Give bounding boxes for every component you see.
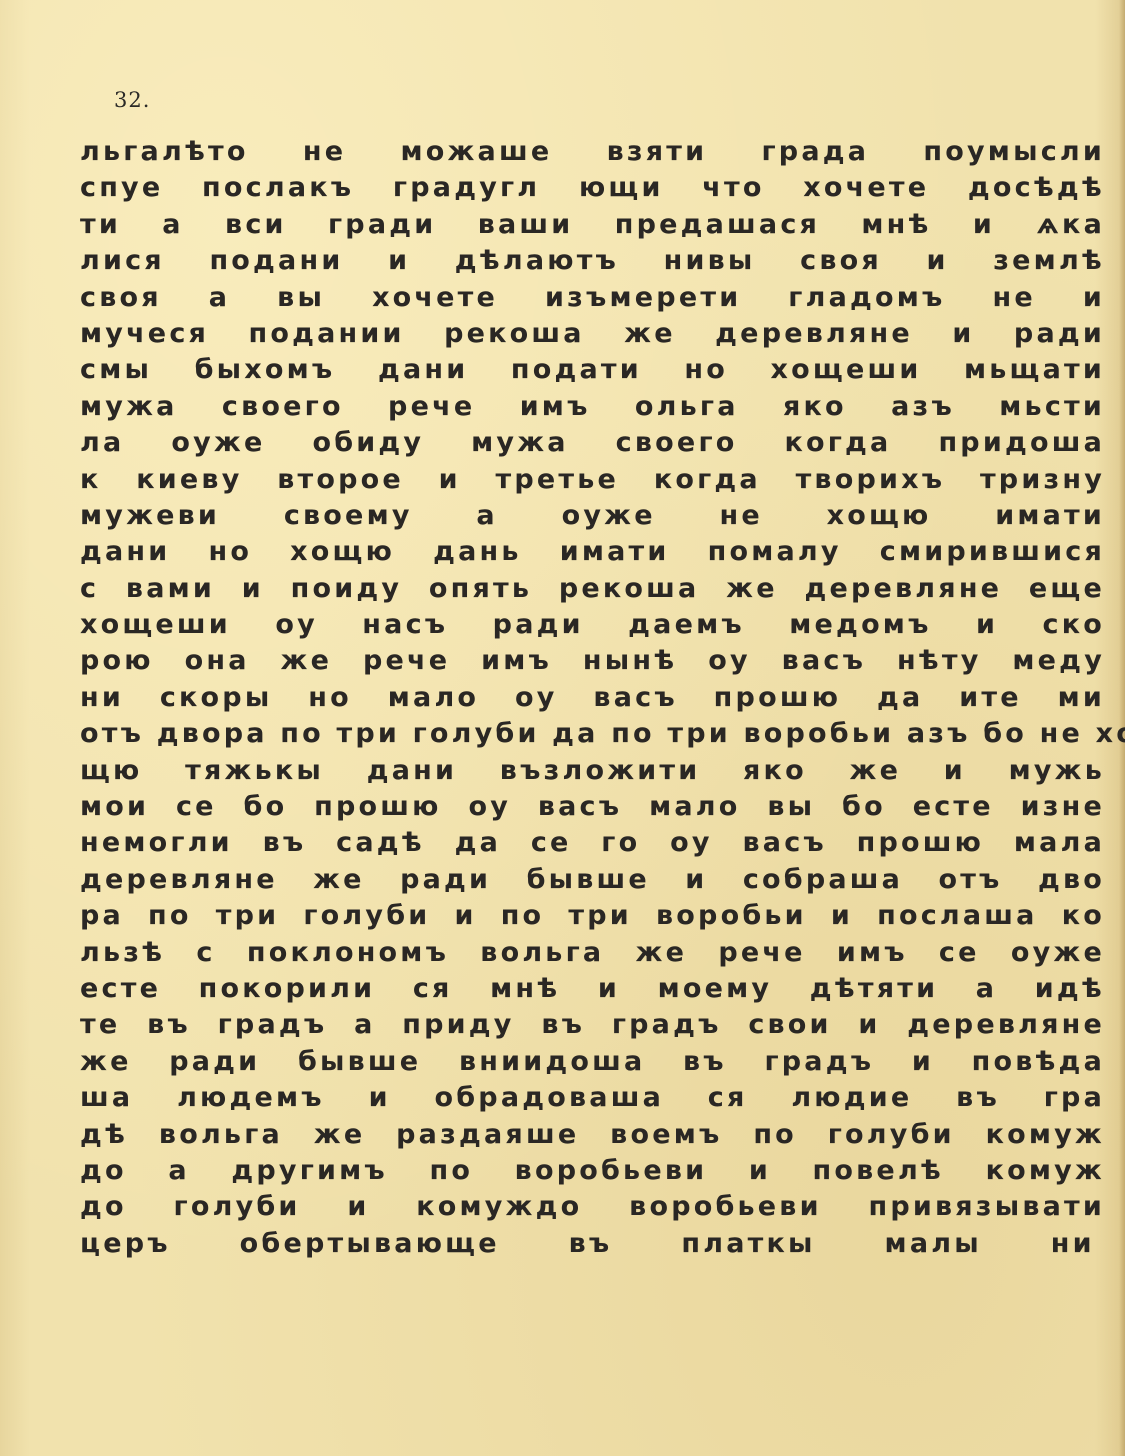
- text-line: деревляне же ради бывше и собраша отъ дв…: [80, 862, 1105, 898]
- text-line: немогли въ садѣ да се го оу васъ прошю м…: [80, 825, 1105, 861]
- text-line: щю тяжькы дани възложити яко же и мужь: [80, 753, 1105, 789]
- text-line: те въ градъ а приду въ градъ свои и дере…: [80, 1007, 1105, 1043]
- text-line: спуе послакъ градугл ющи что хочете досѣ…: [80, 170, 1105, 206]
- text-line: отъ двора по три голуби да по три воробь…: [80, 716, 1105, 752]
- text-line: ра по три голуби и по три воробьи и посл…: [80, 898, 1105, 934]
- text-line: до а другимъ по воробьеви и повелѣ комуж: [80, 1153, 1105, 1189]
- text-line: смы быхомъ дани подати но хощеши мьщати: [80, 352, 1105, 388]
- text-line: ла оуже обиду мужа своего когда придоша: [80, 425, 1105, 461]
- text-line: мои се бо прошю оу васъ мало вы бо есте …: [80, 789, 1105, 825]
- text-line: хощеши оу насъ ради даемъ медомъ и ско: [80, 607, 1105, 643]
- text-line: до голуби и комуждо воробьеви привязыват…: [80, 1189, 1105, 1225]
- manuscript-text-block: льгалѣто не можаше взяти града поумысли …: [80, 134, 1105, 1262]
- text-line: ша людемъ и обрадоваша ся людие въ гра: [80, 1080, 1105, 1116]
- text-line: ти а вси гради ваши предашася мнѣ и ѧка: [80, 207, 1105, 243]
- text-line: дани но хощю дань имати помалу смирившис…: [80, 534, 1105, 570]
- text-line: мучеся подании рекоша же деревляне и рад…: [80, 316, 1105, 352]
- text-line: церъ обертывающе въ платкы малы ни: [80, 1226, 1105, 1262]
- text-line: ни скоры но мало оу васъ прошю да ите ми: [80, 680, 1105, 716]
- text-line: лися подани и дѣлаютъ нивы своя и землѣ: [80, 243, 1105, 279]
- text-line: своя а вы хочете изъмерети гладомъ не и: [80, 280, 1105, 316]
- page-number: 32.: [114, 88, 150, 112]
- text-line: льгалѣто не можаше взяти града поумысли: [80, 134, 1105, 170]
- text-line: рою она же рече имъ нынѣ оу васъ нѣту ме…: [80, 643, 1105, 679]
- text-line: мужеви своему а оуже не хощю имати: [80, 498, 1105, 534]
- text-line: мужа своего рече имъ ольга яко азъ мьсти: [80, 389, 1105, 425]
- text-line: дѣ вольга же раздаяше воемъ по голуби ко…: [80, 1117, 1105, 1153]
- text-line: к киеву второе и третье когда творихъ тр…: [80, 462, 1105, 498]
- text-line: же ради бывше вниидоша въ градъ и повѣда: [80, 1044, 1105, 1080]
- text-line: есте покорили ся мнѣ и моему дѣтяти а ид…: [80, 971, 1105, 1007]
- text-line: льзѣ с поклономъ вольга же рече имъ се о…: [80, 935, 1105, 971]
- text-line: с вами и поиду опять рекоша же деревляне…: [80, 571, 1105, 607]
- manuscript-page: 32. льгалѣто не можаше взяти града поумы…: [0, 0, 1125, 1456]
